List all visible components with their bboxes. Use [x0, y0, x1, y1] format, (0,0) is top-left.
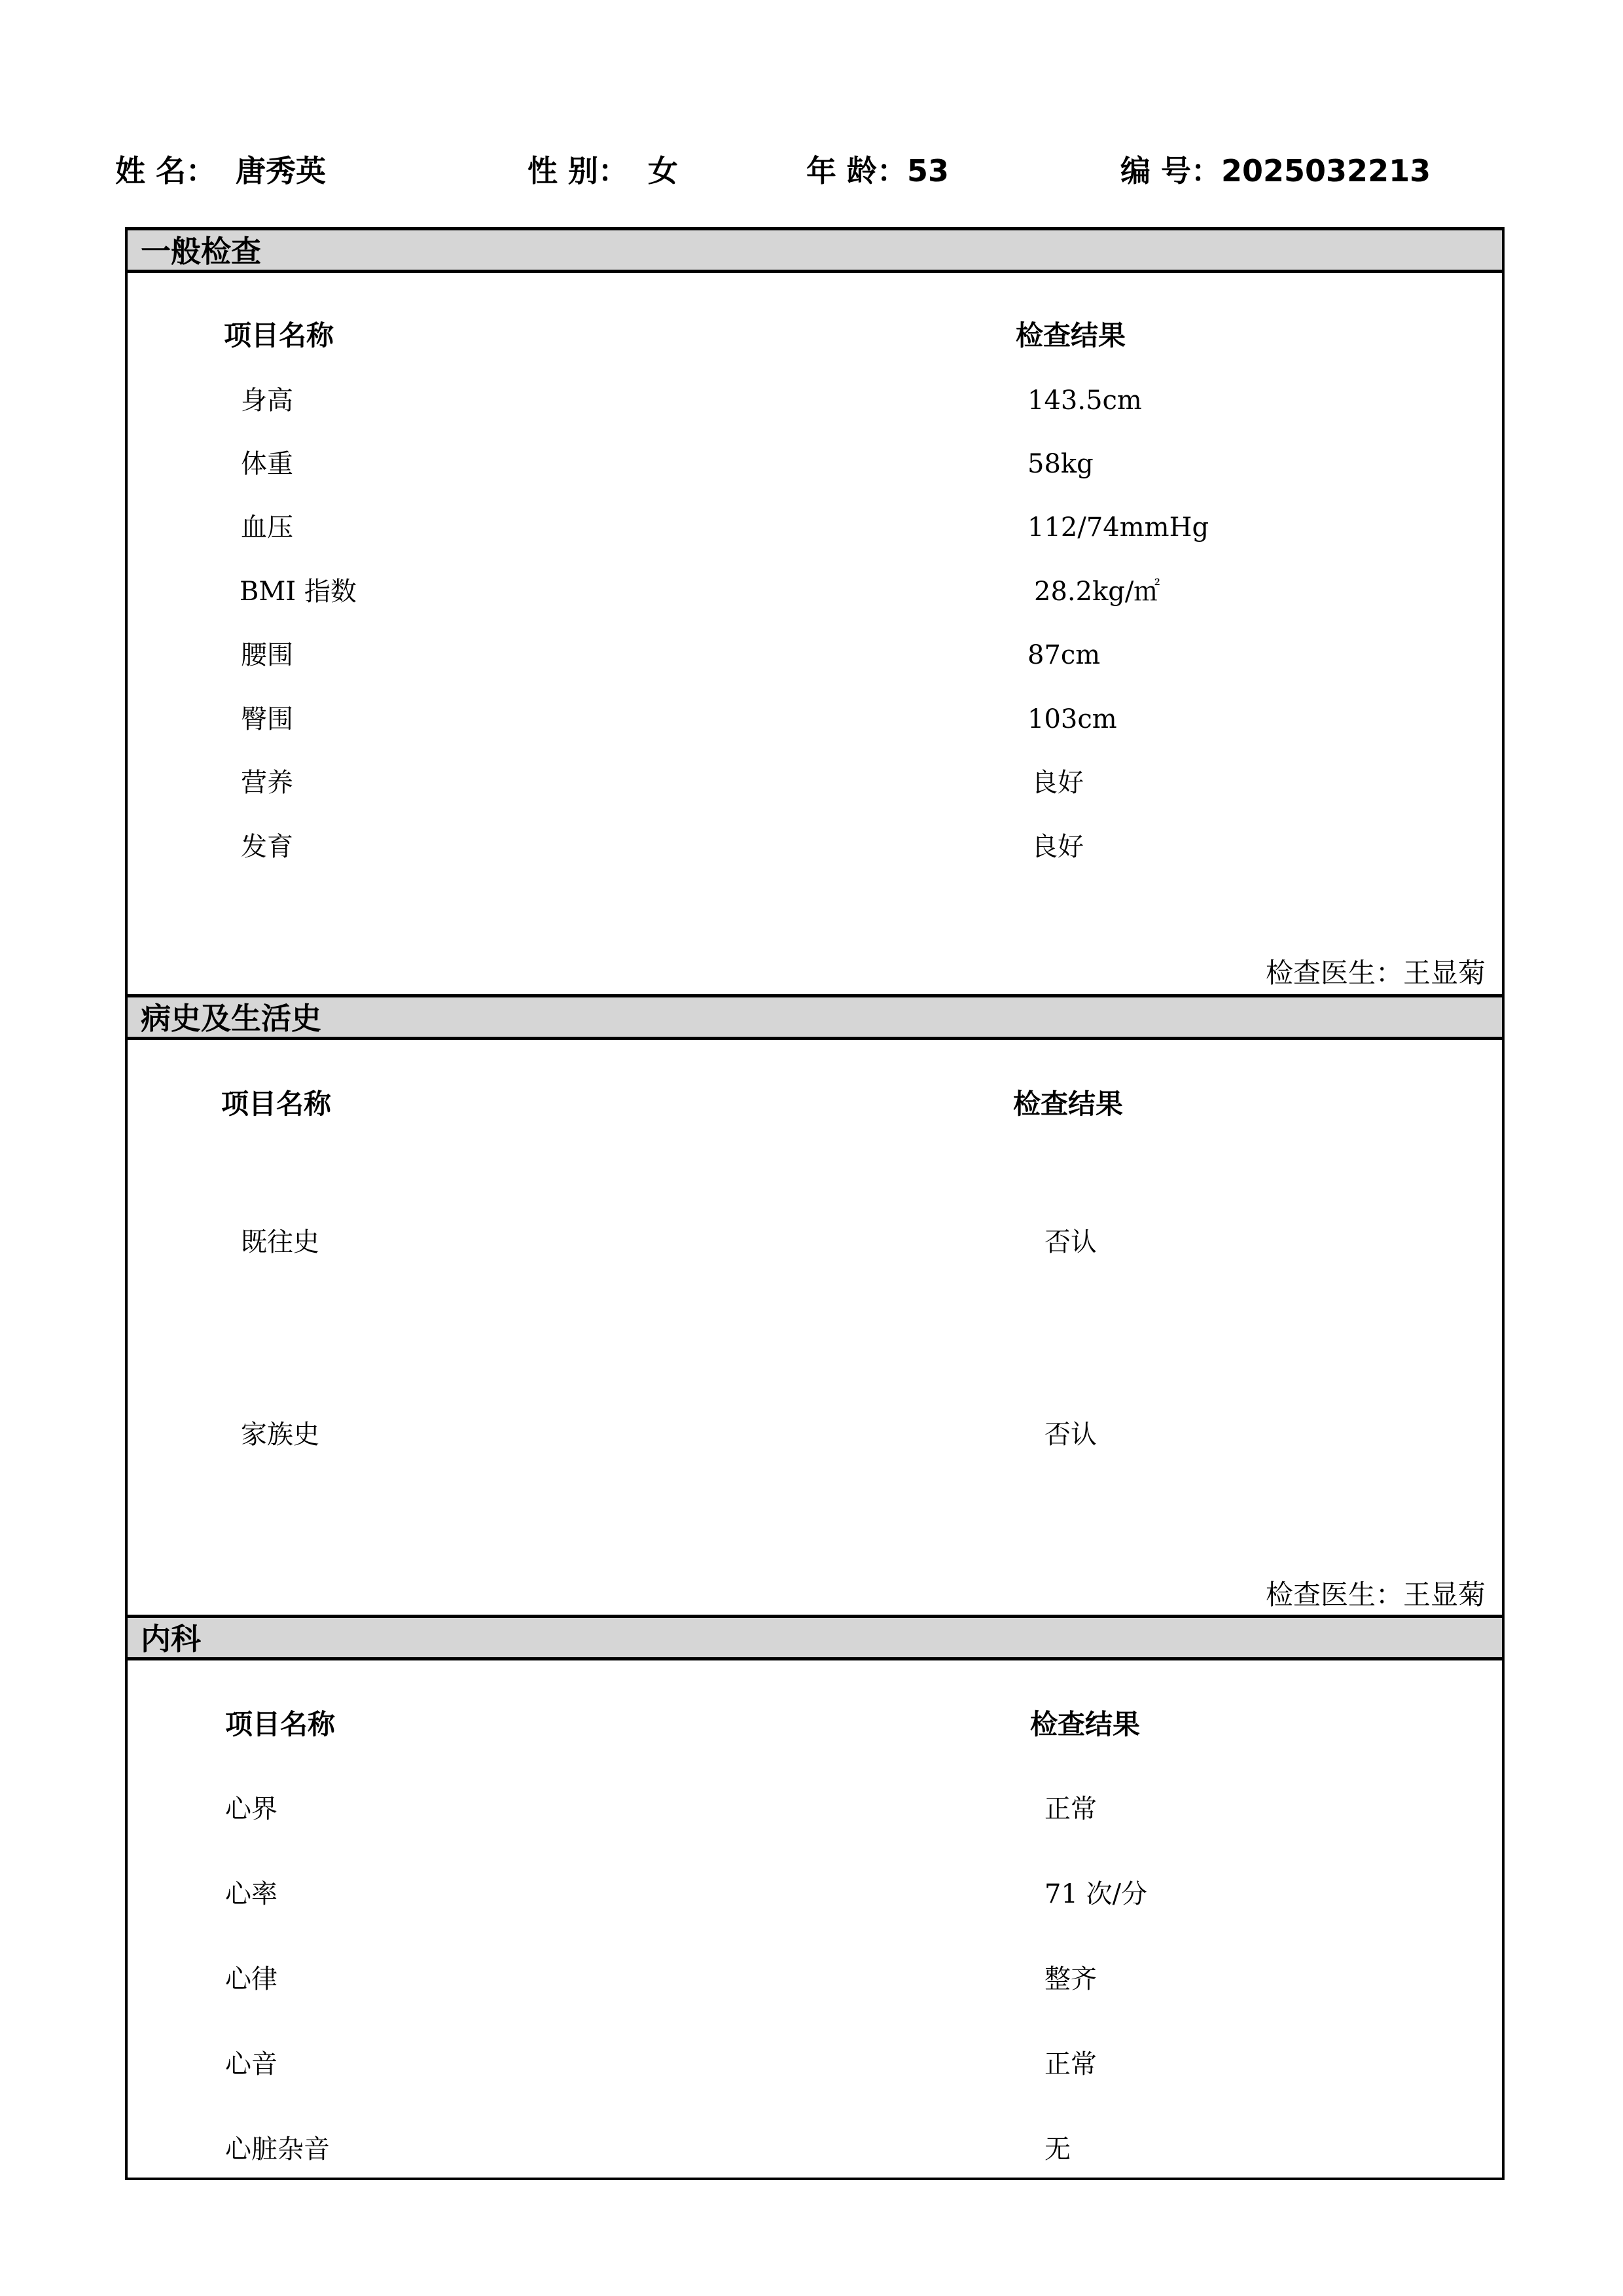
item-heart-rate: 心率 [225, 1878, 277, 1910]
item-cardiac-border: 心界 [225, 1793, 277, 1825]
exam-report-page: 姓 名：唐秀英 性 别：女 年 龄：53 编 号：2025032213 一般检查… [0, 0, 1623, 2296]
result-blood-pressure: 112/74mmHg [1027, 512, 1209, 543]
item-heart-rhythm: 心律 [225, 1964, 277, 1995]
item-family-history: 家族史 [241, 1419, 319, 1450]
patient-gender: 女 [648, 153, 678, 188]
result-development: 良好 [1031, 831, 1084, 863]
patient-name: 唐秀英 [236, 153, 326, 188]
patient-age: 53 [907, 153, 949, 188]
section-header-general-exam: 一般检查 [125, 227, 1505, 273]
column-header-result: 检查结果 [1016, 319, 1126, 352]
item-blood-pressure: 血压 [241, 512, 293, 543]
result-weight: 58kg [1027, 448, 1094, 480]
item-bmi: BMI 指数 [240, 576, 357, 607]
result-heart-murmur: 无 [1044, 2134, 1071, 2165]
patient-name-field: 姓 名：唐秀英 [115, 147, 326, 190]
patient-name-label: 姓 名： [115, 153, 216, 188]
item-height: 身高 [241, 385, 293, 416]
section-title: 内科 [141, 1621, 201, 1657]
item-waist: 腰围 [241, 639, 293, 671]
column-header-item: 项目名称 [221, 1088, 331, 1121]
patient-id: 2025032213 [1221, 153, 1431, 188]
column-header-item: 项目名称 [225, 1708, 335, 1741]
patient-id-field: 编 号：2025032213 [1120, 147, 1431, 190]
result-heart-rhythm: 整齐 [1044, 1964, 1097, 1995]
examining-doctor: 检查医生：王显菊 [1266, 1579, 1486, 1611]
patient-gender-field: 性 别：女 [527, 147, 678, 190]
result-nutrition: 良好 [1031, 767, 1084, 798]
column-header-item: 项目名称 [224, 319, 334, 352]
section-title: 一般检查 [141, 233, 261, 270]
section-header-internal-medicine: 内科 [125, 1615, 1505, 1660]
item-heart-murmur: 心脏杂音 [225, 2134, 330, 2165]
column-header-result: 检查结果 [1030, 1708, 1140, 1741]
column-header-result: 检查结果 [1013, 1088, 1123, 1121]
patient-age-label: 年 龄： [806, 153, 907, 188]
item-heart-sound: 心音 [225, 2049, 277, 2080]
result-cardiac-border: 正常 [1044, 1793, 1097, 1825]
section-title: 病史及生活史 [141, 1000, 321, 1037]
item-development: 发育 [241, 831, 293, 863]
report-frame [125, 227, 1505, 2180]
patient-gender-label: 性 别： [527, 153, 628, 188]
item-weight: 体重 [241, 448, 293, 480]
item-nutrition: 营养 [241, 767, 293, 798]
patient-age-field: 年 龄：53 [806, 147, 949, 190]
result-waist: 87cm [1027, 639, 1100, 671]
result-hip: 103cm [1027, 704, 1117, 735]
patient-info-header: 姓 名：唐秀英 性 别：女 年 龄：53 编 号：2025032213 [0, 147, 1623, 193]
result-heart-rate: 71 次/分 [1044, 1878, 1147, 1910]
item-past-history: 既往史 [241, 1227, 319, 1258]
item-hip: 臀围 [241, 704, 293, 735]
result-family-history: 否认 [1044, 1419, 1097, 1450]
result-heart-sound: 正常 [1044, 2049, 1097, 2080]
examining-doctor: 检查医生：王显菊 [1266, 957, 1486, 990]
result-bmi: 28.2kg/㎡ [1034, 576, 1160, 607]
result-height: 143.5cm [1027, 385, 1142, 416]
result-past-history: 否认 [1044, 1227, 1097, 1258]
patient-id-label: 编 号： [1120, 153, 1221, 188]
section-header-medical-history: 病史及生活史 [125, 994, 1505, 1040]
